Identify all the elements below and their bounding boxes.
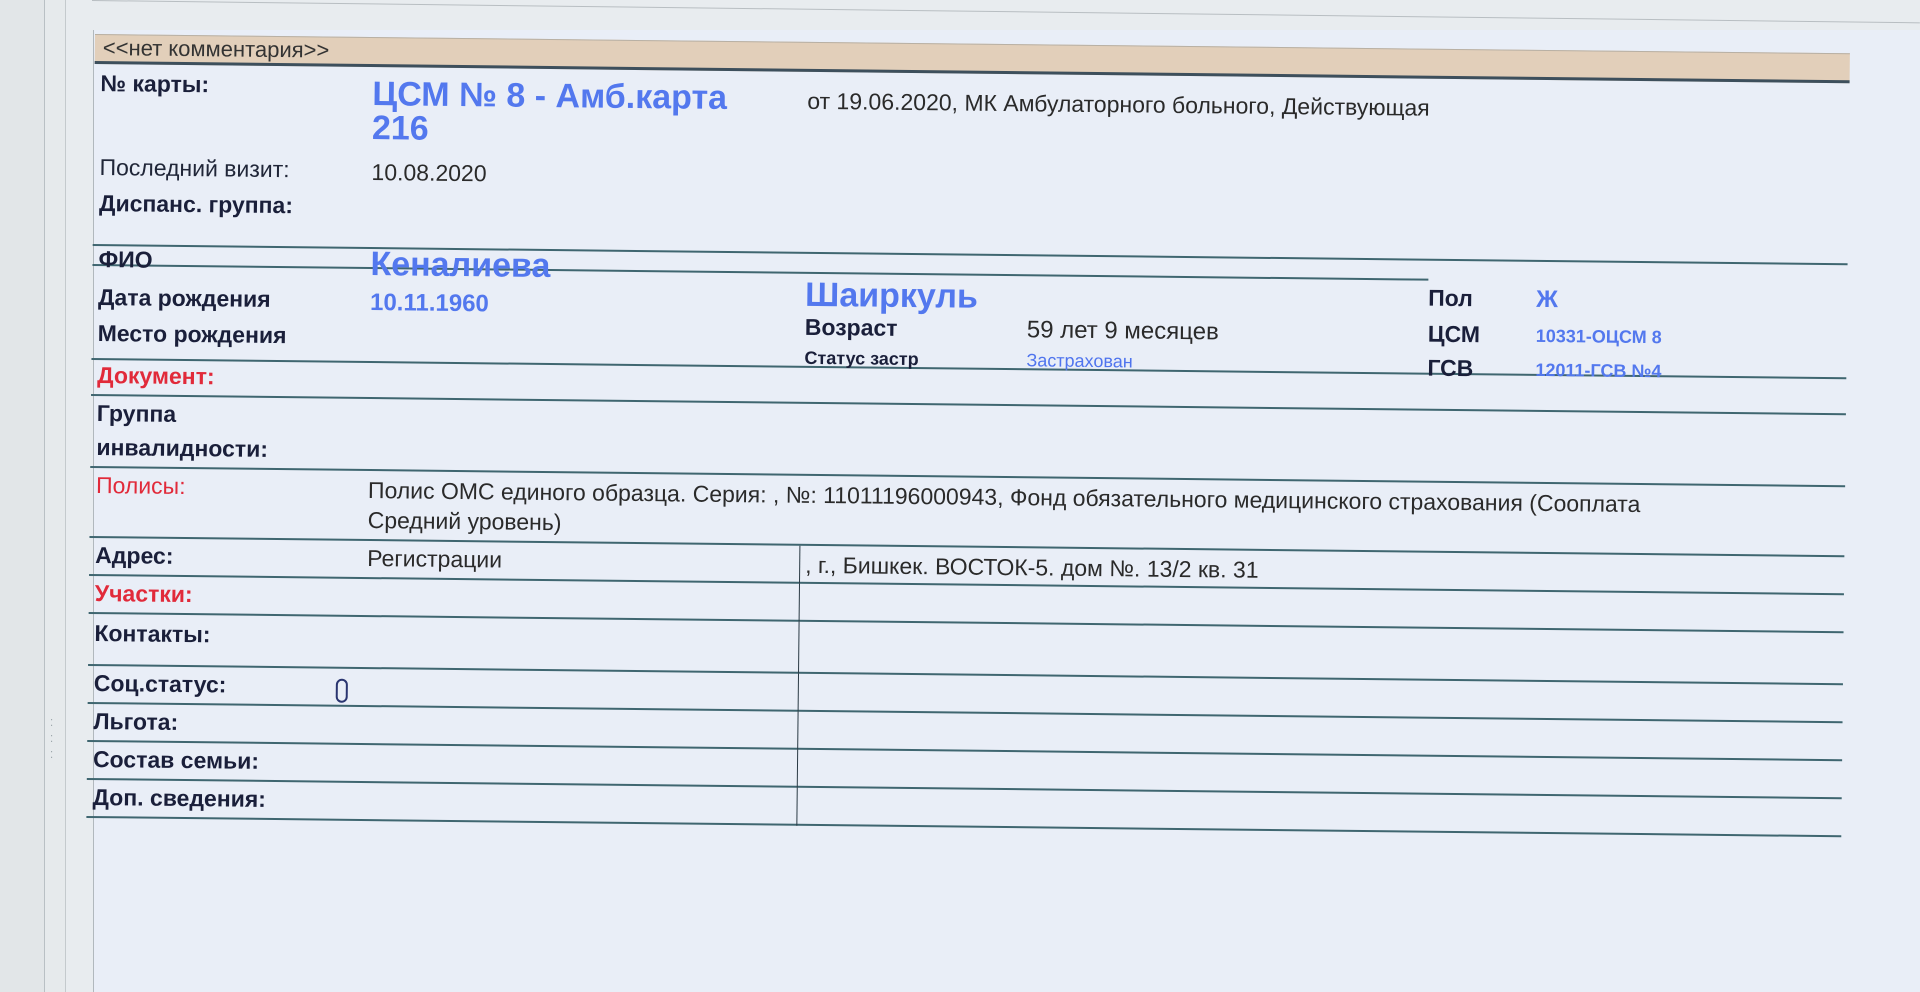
birth-date-label: Дата рождения	[98, 284, 271, 313]
disability-label-line1: Группа	[97, 400, 177, 428]
column-divider	[797, 712, 798, 750]
dispensary-group-label: Диспанс. группа:	[99, 190, 293, 219]
column-divider	[796, 788, 797, 826]
left-splitter[interactable]	[45, 0, 66, 992]
card-number-value-line2[interactable]: 216	[372, 109, 429, 149]
section-label: Контакты:	[94, 620, 210, 648]
column-divider	[799, 546, 800, 584]
last-visit-label: Последний визит:	[99, 154, 289, 183]
policies-label: Полисы:	[96, 472, 186, 500]
last-name-value: Кеналиева	[370, 245, 550, 286]
section-label: Льгота:	[93, 708, 178, 736]
top-border	[92, 0, 1920, 23]
section-label: Соц.статус:	[94, 670, 227, 698]
patient-section: ФИО Кеналиева Шаиркуль Дата рождения 10.…	[91, 246, 1847, 379]
age-value: 59 лет 9 месяцев	[1027, 316, 1219, 346]
card-info: от 19.06.2020, МК Амбулаторного больного…	[807, 88, 1430, 122]
csm-value[interactable]: 10331-ОЦСМ 8	[1536, 326, 1662, 348]
address-label: Адрес:	[95, 542, 173, 570]
document-label: Документ:	[97, 362, 215, 390]
sex-label: Пол	[1428, 285, 1473, 312]
card-section: № карты: ЦСМ № 8 - Амб.карта 216 от 19.0…	[93, 64, 1850, 265]
birth-place-label: Место рождения	[98, 320, 287, 349]
csm-label: ЦСМ	[1428, 321, 1481, 349]
column-divider	[797, 750, 798, 788]
section-label: Участки:	[95, 580, 193, 608]
age-label: Возраст	[805, 314, 898, 342]
birth-date-value: 10.11.1960	[370, 289, 489, 318]
address-type: Регистрации	[367, 545, 502, 573]
paperclip-icon[interactable]	[336, 679, 348, 703]
fio-label: ФИО	[98, 246, 152, 274]
policy-value-line2: Средний уровень)	[368, 507, 562, 536]
column-divider	[799, 584, 800, 622]
fio-rule	[92, 264, 1428, 281]
column-divider	[798, 622, 800, 674]
address-value[interactable]: , г., Бишкек. ВОСТОК-5. дом №. 13/2 кв. …	[805, 552, 1259, 584]
screen: ⁚⁚⁚ <<нет комментария>> № карты: ЦСМ № 8…	[0, 0, 1920, 992]
first-name-value: Шаиркуль	[805, 276, 978, 317]
card-number-label: № карты:	[100, 70, 209, 98]
insurance-status-label: Статус застр	[804, 348, 918, 370]
splitter-grip-icon[interactable]: ⁚⁚⁚	[50, 716, 56, 766]
insurance-status-value: Застрахован	[1026, 350, 1133, 372]
sex-value: Ж	[1536, 286, 1558, 314]
left-gutter	[0, 0, 45, 992]
section-label: Состав семьи:	[93, 746, 259, 775]
section-label: Доп. сведения:	[92, 784, 266, 813]
column-divider	[798, 674, 799, 712]
last-visit-value: 10.08.2020	[371, 159, 486, 187]
patient-card-sheet: <<нет комментария>> № карты: ЦСМ № 8 - А…	[86, 34, 1850, 837]
disability-label-line2: инвалидности:	[96, 434, 268, 463]
